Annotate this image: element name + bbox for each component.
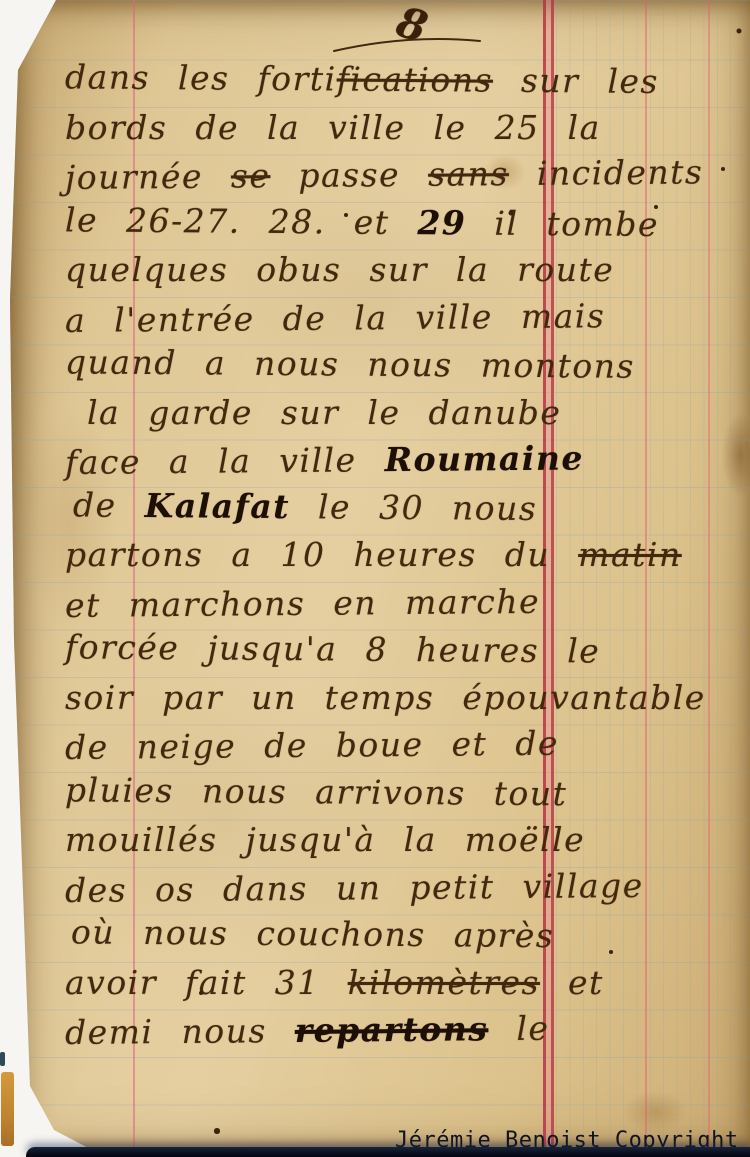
handwritten-text-segment: repartons: [295, 1009, 489, 1050]
handwritten-text-segment: des os dans un petit village: [65, 865, 644, 909]
manuscript-line: avoir fait 31 kilomètres et: [65, 959, 745, 1007]
handwritten-text-segment: a l'entrée de la ville mais: [65, 296, 606, 340]
manuscript-line: face a la ville Roumaine: [65, 433, 745, 486]
handwritten-text-segment: et marchons en marche: [65, 581, 540, 624]
handwritten-text-segment: il tombe: [466, 203, 659, 244]
manuscript-line: bords de la ville le 25 la: [65, 104, 745, 152]
handwritten-text-segment: incidents: [509, 152, 704, 193]
handwritten-text-segment: bords de la ville le 25 la: [65, 108, 601, 147]
manuscript-line: forcée jusqu'a 8 heures le: [65, 623, 745, 676]
manuscript-lines: dans les fortifications sur lesbords de …: [65, 56, 745, 1054]
page-number-underline-flourish: [328, 32, 488, 54]
handwritten-text-segment: forcée jusqu'a 8 heures le: [65, 627, 601, 670]
manuscript-line: des os dans un petit village: [65, 861, 745, 914]
manuscript-line: le 26-27. 28. et 29 il tombe: [65, 196, 745, 249]
handwritten-text-segment: passe: [270, 155, 428, 195]
ink-specks: [10, 0, 12, 2]
handwritten-text-segment: avoir fait 31: [65, 963, 348, 1002]
handwritten-text-segment: dans les forti: [65, 57, 337, 98]
notebook-binding-edge: [1, 1072, 14, 1146]
manuscript-line: dans les fortifications sur les: [65, 53, 745, 106]
manuscript-line: quelques obus sur la route: [65, 246, 745, 294]
scan-bottom-shadow: [26, 1147, 750, 1157]
manuscript-line: soir par un temps épouvantable: [65, 674, 745, 722]
handwritten-text-segment: sur les: [493, 61, 659, 101]
manuscript-line: journée se passe sans incidents: [65, 148, 745, 201]
handwritten-text-segment: de: [73, 485, 145, 525]
handwritten-text-segment: partons a 10 heures du: [65, 535, 578, 574]
scan-edge-artifact: [0, 1052, 5, 1066]
handwritten-text-segment: sans: [428, 154, 509, 194]
manuscript-line: de neige de boue et de: [65, 718, 745, 771]
manuscript-line: quand a nous nous montons: [65, 338, 745, 391]
handwritten-text-segment: le: [488, 1009, 549, 1049]
handwritten-text-segment: demi nous: [65, 1011, 295, 1052]
handwritten-text-segment: la garde sur le danube: [87, 393, 561, 432]
handwritten-text-segment: le 30 nous: [290, 487, 538, 528]
handwritten-text-segment: face a la ville: [65, 440, 385, 482]
handwritten-text-segment: matin: [578, 535, 682, 574]
manuscript-line: a l'entrée de la ville mais: [65, 291, 745, 344]
manuscript-line: pluies nous arrivons tout: [65, 766, 745, 819]
handwritten-text-segment: mouillés jusqu'à la moëlle: [65, 820, 585, 859]
handwritten-text-segment: le 26-27. 28. et: [65, 200, 418, 242]
handwritten-text-segment: journée: [65, 157, 231, 197]
handwritten-text-segment: Kalafat: [145, 485, 291, 525]
handwritten-text-segment: se: [231, 156, 271, 195]
manuscript-line: la garde sur le danube: [65, 389, 745, 437]
handwritten-text-segment: et: [540, 963, 604, 1002]
handwritten-text-segment: soir par un temps épouvantable: [65, 678, 706, 717]
handwritten-text-segment: pluies nous arrivons tout: [65, 770, 568, 813]
manuscript-line: et marchons en marche: [65, 576, 745, 629]
manuscript-line: partons a 10 heures du matin: [65, 531, 745, 579]
manuscript-line: de Kalafat le 30 nous: [65, 481, 745, 534]
manuscript-line: mouillés jusqu'à la moëlle: [65, 816, 745, 864]
handwritten-text-segment: fications: [337, 59, 494, 99]
handwritten-text-segment: kilomètres: [348, 963, 540, 1002]
manuscript-line: demi nous repartons le: [65, 1003, 745, 1056]
handwritten-text-segment: de neige de boue et de: [65, 724, 559, 767]
handwritten-text-segment: Roumaine: [384, 438, 584, 479]
handwritten-text-segment: quelques obus sur la route: [65, 250, 614, 289]
diary-page: 8 dans les fortifications sur lesbords d…: [10, 0, 750, 1152]
handwritten-text-segment: 29: [417, 203, 466, 242]
handwritten-text-segment: où nous couchons après: [71, 912, 555, 955]
manuscript-line: où nous couchons après: [65, 908, 745, 961]
handwritten-text-segment: quand a nous nous montons: [65, 342, 635, 385]
